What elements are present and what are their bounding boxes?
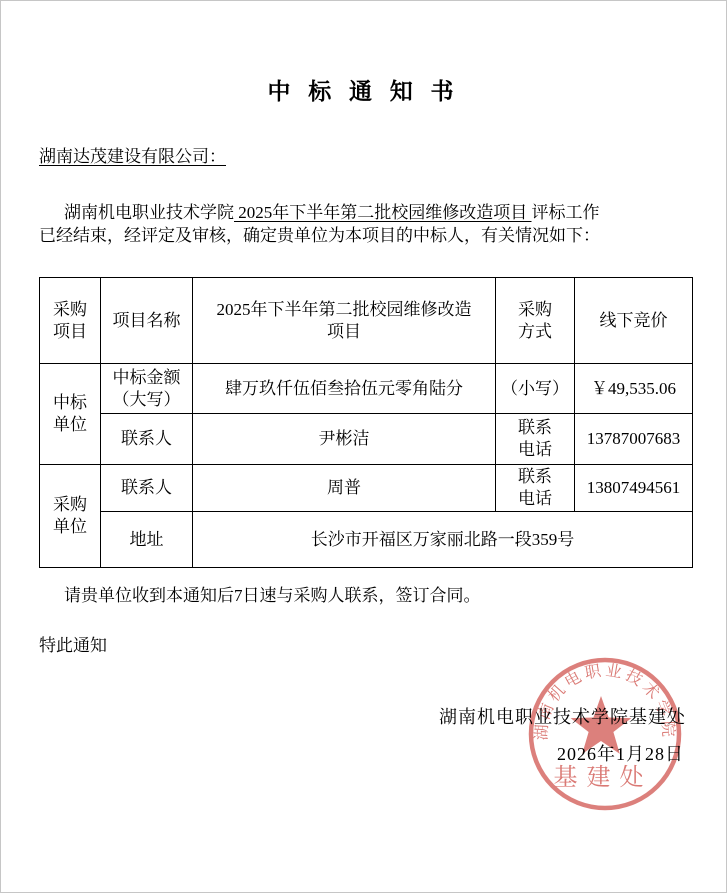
label-procurement-item: 采购 项目 (40, 278, 101, 364)
intro-line1: 湖南机电职业技术学院 2025年下半年第二批校园维修改造项目 评标工作 (39, 201, 695, 224)
closing-note: 特此通知 (39, 631, 107, 656)
label-bid-amount-words: 中标金额 （大写） (101, 364, 193, 414)
addressee-line: 湖南达茂建设有限公司： (39, 142, 226, 167)
label-winner-contact: 联系人 (101, 414, 193, 465)
value-bid-amount-words: 肆万玖仟伍佰叁拾伍元零角陆分 (193, 364, 496, 414)
intro-issuer-text: 湖南机电职业技术学院 (64, 203, 234, 222)
value-purchaser-contact: 周普 (193, 465, 496, 512)
label-purchaser-unit: 采购 单位 (40, 465, 101, 568)
intro-paragraph: 湖南机电职业技术学院 2025年下半年第二批校园维修改造项目 评标工作 已经结束… (39, 201, 695, 247)
label-purchaser-contact: 联系人 (101, 465, 193, 512)
label-procurement-method: 采购 方式 (496, 278, 575, 364)
issuer-signature: 湖南机电职业技术学院基建处 (439, 703, 686, 729)
official-seal: 湖南机电职业技术学院 基建处 (527, 653, 687, 819)
label-winner-phone: 联系 电话 (496, 414, 575, 465)
value-procurement-method: 线下竞价 (575, 278, 693, 364)
value-purchaser-phone: 13807494561 (575, 465, 693, 512)
value-winner-contact: 尹彬洁 (193, 414, 496, 465)
intro-eval-text: 评标工作 (532, 203, 600, 222)
project-name-underlined: 2025年下半年第二批校园维修改造项目 (234, 203, 532, 222)
doc-title: 中 标 通 知 书 (1, 73, 726, 106)
label-purchaser-phone: 联系 电话 (496, 465, 575, 512)
value-winner-phone: 13787007683 (575, 414, 693, 465)
notice-paragraph: 请贵单位收到本通知后7日速与采购人联系，签订合同。 (39, 581, 695, 606)
issue-date: 2026年1月28日 (557, 740, 684, 766)
intro-line2: 已经结束，经评定及审核，确定贵单位为本项目的中标人，有关情况如下： (39, 224, 695, 247)
value-project-name: 2025年下半年第二批校园维修改造 项目 (193, 278, 496, 364)
seal-department-text: 基建处 (554, 764, 653, 791)
label-amount-figures: （小写） (496, 364, 575, 414)
bid-details-table: 采购 项目 项目名称 2025年下半年第二批校园维修改造 项目 采购 方式 线下… (39, 277, 693, 568)
label-address: 地址 (101, 512, 193, 568)
seal-ring-circle (531, 660, 679, 808)
value-address: 长沙市开福区万家丽北路一段359号 (193, 512, 693, 568)
value-amount-figures: ￥49,535.06 (575, 364, 693, 414)
label-winning-bidder-unit: 中标 单位 (40, 364, 101, 465)
label-project-name: 项目名称 (101, 278, 193, 364)
document-page: 中 标 通 知 书 湖南达茂建设有限公司： 湖南机电职业技术学院 2025年下半… (0, 0, 727, 893)
